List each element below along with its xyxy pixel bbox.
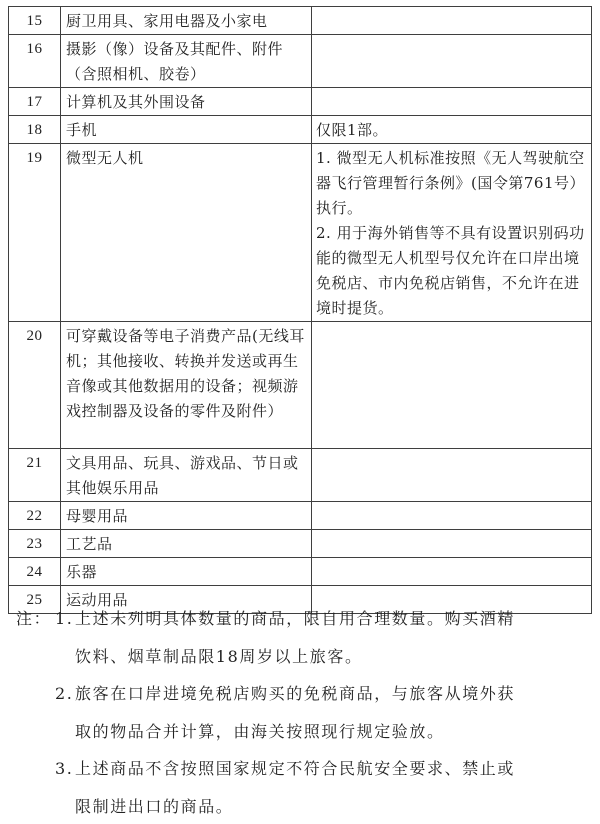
item-name: 可穿戴设备等电子消费产品(无线耳机；其他接收、转换并发送或再生音像或其他数据用的… — [61, 322, 312, 449]
footnote-item: 3.上述商品不含按照国家规定不符合民航安全要求、禁止或 限制进出口的商品。 — [16, 750, 596, 824]
table-row: 19 微型无人机 1. 微型无人机标准按照《无人驾驶航空器飞行管理暂行条例》(国… — [9, 144, 592, 322]
item-note — [312, 322, 592, 449]
item-note — [312, 449, 592, 502]
item-note: 仅限1部。 — [312, 116, 592, 144]
item-name: 母婴用品 — [61, 502, 312, 530]
footnote-text: 限制进出口的商品。 — [55, 788, 596, 824]
table-row: 18 手机 仅限1部。 — [9, 116, 592, 144]
footnote-prefix: 注： — [16, 600, 55, 675]
footnote-number: 1. — [55, 600, 75, 638]
row-number: 16 — [9, 35, 61, 88]
item-note — [312, 88, 592, 116]
footnote-number: 3. — [55, 750, 75, 788]
footnote-text: 上述商品不含按照国家规定不符合民航安全要求、禁止或 — [75, 759, 515, 778]
footnote-text: 取的物品合并计算，由海关按照现行规定验放。 — [55, 713, 596, 751]
goods-table: 15 厨卫用具、家用电器及小家电 16 摄影（像）设备及其配件、附件（含照相机、… — [8, 6, 592, 614]
row-number: 23 — [9, 530, 61, 558]
item-name: 厨卫用具、家用电器及小家电 — [61, 7, 312, 35]
row-number: 17 — [9, 88, 61, 116]
item-name: 摄影（像）设备及其配件、附件（含照相机、胶卷） — [61, 35, 312, 88]
note-paragraph: 仅限1部。 — [316, 118, 589, 143]
row-number: 24 — [9, 558, 61, 586]
table-row: 24 乐器 — [9, 558, 592, 586]
item-name: 文具用品、玩具、游戏品、节日或其他娱乐用品 — [61, 449, 312, 502]
footnote-text: 上述未列明具体数量的商品，限自用合理数量。购买酒精 — [75, 609, 515, 628]
note-paragraph: 1. 微型无人机标准按照《无人驾驶航空器飞行管理暂行条例》(国令第761号）执行… — [316, 146, 589, 221]
item-note — [312, 530, 592, 558]
note-paragraph: 2. 用于海外销售等不具有设置识别码功能的微型无人机型号仅允许在口岸出境免税店、… — [316, 221, 589, 321]
item-note — [312, 502, 592, 530]
table-row: 21 文具用品、玩具、游戏品、节日或其他娱乐用品 — [9, 449, 592, 502]
item-name: 乐器 — [61, 558, 312, 586]
table-row: 16 摄影（像）设备及其配件、附件（含照相机、胶卷） — [9, 35, 592, 88]
item-name: 计算机及其外围设备 — [61, 88, 312, 116]
table-row: 15 厨卫用具、家用电器及小家电 — [9, 7, 592, 35]
row-number: 20 — [9, 322, 61, 449]
item-name: 工艺品 — [61, 530, 312, 558]
footnote-text: 旅客在口岸进境免税店购买的免税商品，与旅客从境外获 — [75, 684, 515, 703]
footnote-item: 注： 1.上述未列明具体数量的商品，限自用合理数量。购买酒精 饮料、烟草制品限1… — [16, 600, 596, 675]
row-number: 15 — [9, 7, 61, 35]
row-number: 21 — [9, 449, 61, 502]
footnote-text: 饮料、烟草制品限18周岁以上旅客。 — [55, 638, 596, 676]
item-name: 手机 — [61, 116, 312, 144]
row-number: 22 — [9, 502, 61, 530]
item-note — [312, 7, 592, 35]
table-row: 17 计算机及其外围设备 — [9, 88, 592, 116]
table-row: 22 母婴用品 — [9, 502, 592, 530]
table-row: 23 工艺品 — [9, 530, 592, 558]
footnotes: 注： 1.上述未列明具体数量的商品，限自用合理数量。购买酒精 饮料、烟草制品限1… — [16, 600, 596, 824]
item-name: 微型无人机 — [61, 144, 312, 322]
footnote-number: 2. — [55, 675, 75, 713]
table-row: 20 可穿戴设备等电子消费产品(无线耳机；其他接收、转换并发送或再生音像或其他数… — [9, 322, 592, 449]
row-number: 19 — [9, 144, 61, 322]
item-note: 1. 微型无人机标准按照《无人驾驶航空器飞行管理暂行条例》(国令第761号）执行… — [312, 144, 592, 322]
item-note — [312, 35, 592, 88]
footnote-item: 2.旅客在口岸进境免税店购买的免税商品，与旅客从境外获 取的物品合并计算，由海关… — [16, 675, 596, 750]
item-note — [312, 558, 592, 586]
row-number: 18 — [9, 116, 61, 144]
